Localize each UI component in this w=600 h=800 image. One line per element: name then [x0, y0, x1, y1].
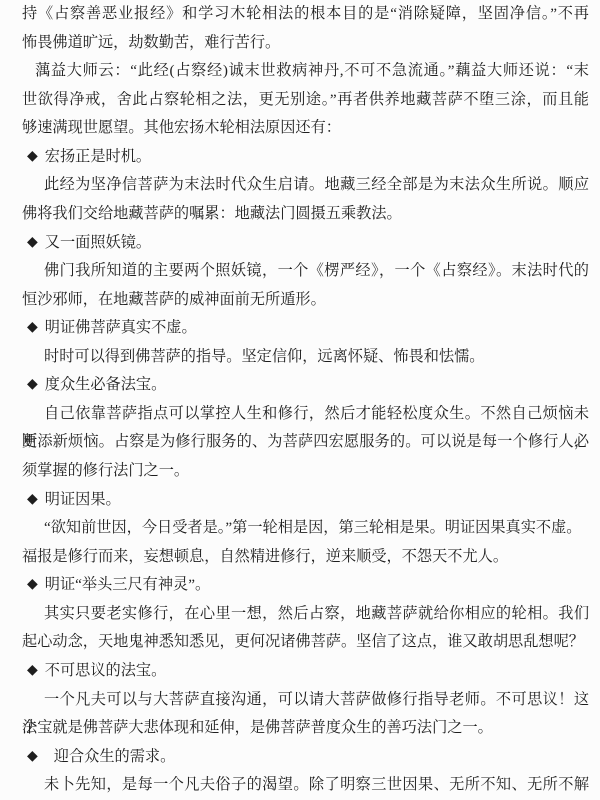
- bullet-line: ◆迎合众生的需求。: [22, 743, 589, 772]
- bullet-label: 明证因果。: [45, 491, 121, 508]
- text-line: 佛将我们交给地藏菩萨的嘱累：地藏法门圆摄五乘教法。: [22, 200, 589, 229]
- bullet-label: 不可思议的法宝。: [45, 662, 167, 679]
- diamond-bullet-icon: ◆: [27, 571, 38, 600]
- text-line: 世欲得净戒，舍此占察轮相之法，更无别途。”再者供养地藏菩萨不堕三涂，而且能: [22, 86, 589, 115]
- document-lines: 持《占察善恶业报经》和学习木轮相法的根本目的是“消除疑障，坚固净信。”不再怖畏佛…: [22, 0, 589, 800]
- text-line: 其实只要老实修行，在心里一想，然后占察，地藏菩萨就给你相应的轮相。我们: [22, 600, 589, 629]
- diamond-bullet-icon: ◆: [27, 743, 38, 772]
- bullet-line: ◆明证因果。: [22, 486, 589, 515]
- bullet-line: ◆明证“举头三尺有神灵”。: [22, 571, 589, 600]
- bullet-label: 宏扬正是时机。: [45, 148, 151, 165]
- diamond-bullet-icon: ◆: [27, 371, 38, 400]
- text-line: 须掌握的修行法门之一。: [22, 457, 589, 486]
- text-line: “欲知前世因，今日受者是。”第一轮相是因，第三轮相是果。明证因果真实不虚。: [22, 514, 589, 543]
- document-page: 持《占察善恶业报经》和学习木轮相法的根本目的是“消除疑障，坚固净信。”不再怖畏佛…: [0, 0, 600, 800]
- text-line: 蕅益大师云：“此经(占察经)诚末世救病神丹,不可不急流通。”藕益大师还说：“末: [22, 57, 589, 86]
- text-line: 更添新烦恼。占察是为修行服务的、为菩萨四宏愿服务的。可以说是每一个修行人必: [22, 428, 589, 457]
- text-line: 恒沙邪师，在地藏菩萨的威神面前无所遁形。: [22, 286, 589, 315]
- diamond-bullet-icon: ◆: [27, 314, 38, 343]
- diamond-bullet-icon: ◆: [27, 486, 38, 515]
- bullet-line: ◆度众生必备法宝。: [22, 371, 589, 400]
- bullet-label: 度众生必备法宝。: [45, 376, 167, 393]
- bullet-label: 迎合众生的需求。: [54, 748, 176, 765]
- text-line: 持《占察善恶业报经》和学习木轮相法的根本目的是“消除疑障，坚固净信。”不再: [22, 0, 589, 29]
- bullet-label: 又一面照妖镜。: [45, 234, 151, 251]
- text-line: 法宝就是佛菩萨大悲体现和延伸，是佛菩萨普度众生的善巧法门之一。: [22, 714, 589, 743]
- bullet-label: 明证“举头三尺有神灵”。: [45, 576, 210, 593]
- bullet-line: ◆宏扬正是时机。: [22, 143, 589, 172]
- diamond-bullet-icon: ◆: [27, 143, 38, 172]
- text-line: 此经为坚净信菩萨为末法时代众生启请。地藏三经全部是为末法众生所说。顺应: [22, 171, 589, 200]
- text-line: 够速满现世愿望。其他宏扬木轮相法原因还有：: [22, 114, 589, 143]
- bullet-line: ◆不可思议的法宝。: [22, 657, 589, 686]
- diamond-bullet-icon: ◆: [27, 657, 38, 686]
- text-line: 怖畏佛道旷远，劫数勤苦，难行苦行。: [22, 29, 589, 58]
- text-line: 一个凡夫可以与大菩萨直接沟通，可以请大菩萨做修行指导老师。不可思议！这个: [22, 686, 589, 715]
- diamond-bullet-icon: ◆: [27, 229, 38, 258]
- bullet-line: ◆又一面照妖镜。: [22, 229, 589, 258]
- bullet-label: 明证佛菩萨真实不虚。: [45, 319, 197, 336]
- text-line: 起心动念，天地鬼神悉知悉见，更何况诸佛菩萨。坚信了这点，谁又敢胡思乱想呢？: [22, 628, 589, 657]
- text-line: 未卜先知，是每一个凡夫俗子的渴望。除了明察三世因果、无所不知、无所不解: [22, 771, 589, 800]
- bullet-line: ◆明证佛菩萨真实不虚。: [22, 314, 589, 343]
- text-line: 福报是修行而来，妄想顿息，自然精进修行，逆来顺受，不怨天不尤人。: [22, 543, 589, 572]
- text-line: 佛门我所知道的主要两个照妖镜，一个《楞严经》，一个《占察经》。末法时代的: [22, 257, 589, 286]
- text-line: 自己依靠菩萨指点可以掌控人生和修行，然后才能轻松度众生。不然自己烦恼未断，: [22, 400, 589, 429]
- text-line: 时时可以得到佛菩萨的指导。坚定信仰，远离怀疑、怖畏和怯懦。: [22, 343, 589, 372]
